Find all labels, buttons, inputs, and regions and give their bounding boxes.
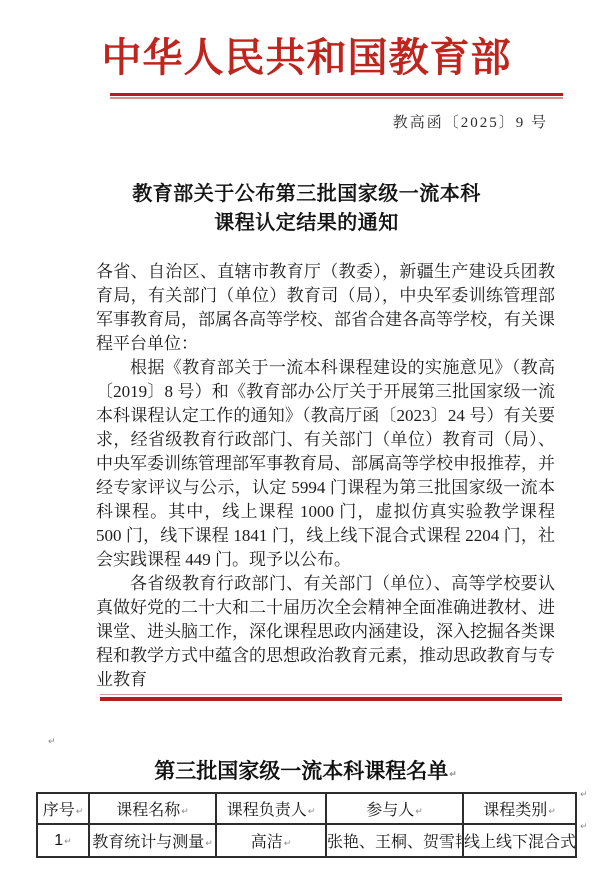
letter-title: 教育部关于公布第三批国家级一流本科 课程认定结果的通知 <box>0 180 613 238</box>
paragraph-mark: ↵ <box>64 837 72 847</box>
paragraph-mark: ↵ <box>415 807 423 817</box>
column-header-course-name: 课程名称↵ <box>89 793 216 824</box>
letterhead-org-title: 中华人民共和国教育部 <box>0 0 613 83</box>
cell-value: 1 <box>54 832 63 849</box>
cell-course-leader: 高洁↵ <box>216 824 326 857</box>
letter-title-line2: 课程认定结果的通知 <box>0 209 613 238</box>
column-header-label: 课程名称 <box>116 802 180 819</box>
column-header-label: 序号 <box>43 802 75 819</box>
paragraph-mark: ↵ <box>76 807 84 817</box>
cell-value: 教育统计与测量 <box>92 834 204 851</box>
cell-course-name: 教育统计与测量↵ <box>89 824 216 857</box>
annex-table-title: 第三批国家级一流本科课程名单↵ <box>36 758 575 789</box>
paragraph-recognition-results: 根据《教育部关于一流本科课程建设的实施意见》（教高〔2019〕8 号）和《教育部… <box>96 356 555 572</box>
column-header-participants: 参与人↵ <box>326 793 463 824</box>
course-table: 序号↵ 课程名称↵ 课程负责人↵ 参与人↵ 课程类别↵ <box>36 792 577 858</box>
paragraph-mark: ↵ <box>308 807 316 817</box>
cell-value: 线上线下混合式 <box>464 834 576 851</box>
column-header-label: 课程负责人 <box>227 802 307 819</box>
letterhead-double-rule <box>110 93 563 99</box>
paragraph-mark: ↵ <box>548 807 556 817</box>
letter-title-line1: 教育部关于公布第三批国家级一流本科 <box>0 180 613 209</box>
table-row: 1↵ 教育统计与测量↵ 高洁↵ 张艳、王桐、贺雪艳↵ 线上线下混合式↵ <box>37 824 576 857</box>
doc-number: 教高函〔2025〕9 号 <box>0 113 613 133</box>
column-header-label: 参与人 <box>366 802 414 819</box>
column-header-course-type: 课程类别↵ <box>463 793 576 824</box>
column-header-course-leader: 课程负责人↵ <box>216 793 326 824</box>
paragraph-mark: ↵ <box>205 839 213 849</box>
paragraph-mark: ↵ <box>48 737 56 747</box>
cell-index: 1↵ <box>37 824 89 857</box>
annex-section: 第三批国家级一流本科课程名单↵ 序号↵ 课程名称↵ <box>36 758 575 858</box>
column-header-label: 课程类别 <box>483 802 547 819</box>
page-footer-double-rule <box>100 694 562 701</box>
paragraph-mark: ↵ <box>284 839 292 849</box>
cell-value: 高洁 <box>251 834 283 851</box>
row-end-mark: ↵ <box>580 790 588 800</box>
cell-value: 张艳、王桐、贺雪艳 <box>327 834 463 851</box>
paragraph-mark: ↵ <box>449 770 457 780</box>
column-header-index: 序号↵ <box>37 793 89 824</box>
paragraph-requirements: 各省级教育行政部门、有关部门（单位）、高等学校要认真做好党的二十大和二十届历次全… <box>96 572 555 692</box>
row-end-mark: ↵ <box>580 822 588 832</box>
paragraph-mark: ↵ <box>181 807 189 817</box>
table-header-row: 序号↵ 课程名称↵ 课程负责人↵ 参与人↵ 课程类别↵ <box>37 793 576 824</box>
document-page: 中华人民共和国教育部 教高函〔2025〕9 号 教育部关于公布第三批国家级一流本… <box>0 0 613 874</box>
paragraph-addressees: 各省、自治区、直辖市教育厅（教委），新疆生产建设兵团教育局，有关部门（单位）教育… <box>96 260 555 356</box>
annex-table-title-text: 第三批国家级一流本科课程名单 <box>154 760 448 783</box>
letter-body: 各省、自治区、直辖市教育厅（教委），新疆生产建设兵团教育局，有关部门（单位）教育… <box>96 260 555 692</box>
cell-participants: 张艳、王桐、贺雪艳↵ <box>326 824 463 857</box>
cell-course-type: 线上线下混合式↵ <box>463 824 576 857</box>
